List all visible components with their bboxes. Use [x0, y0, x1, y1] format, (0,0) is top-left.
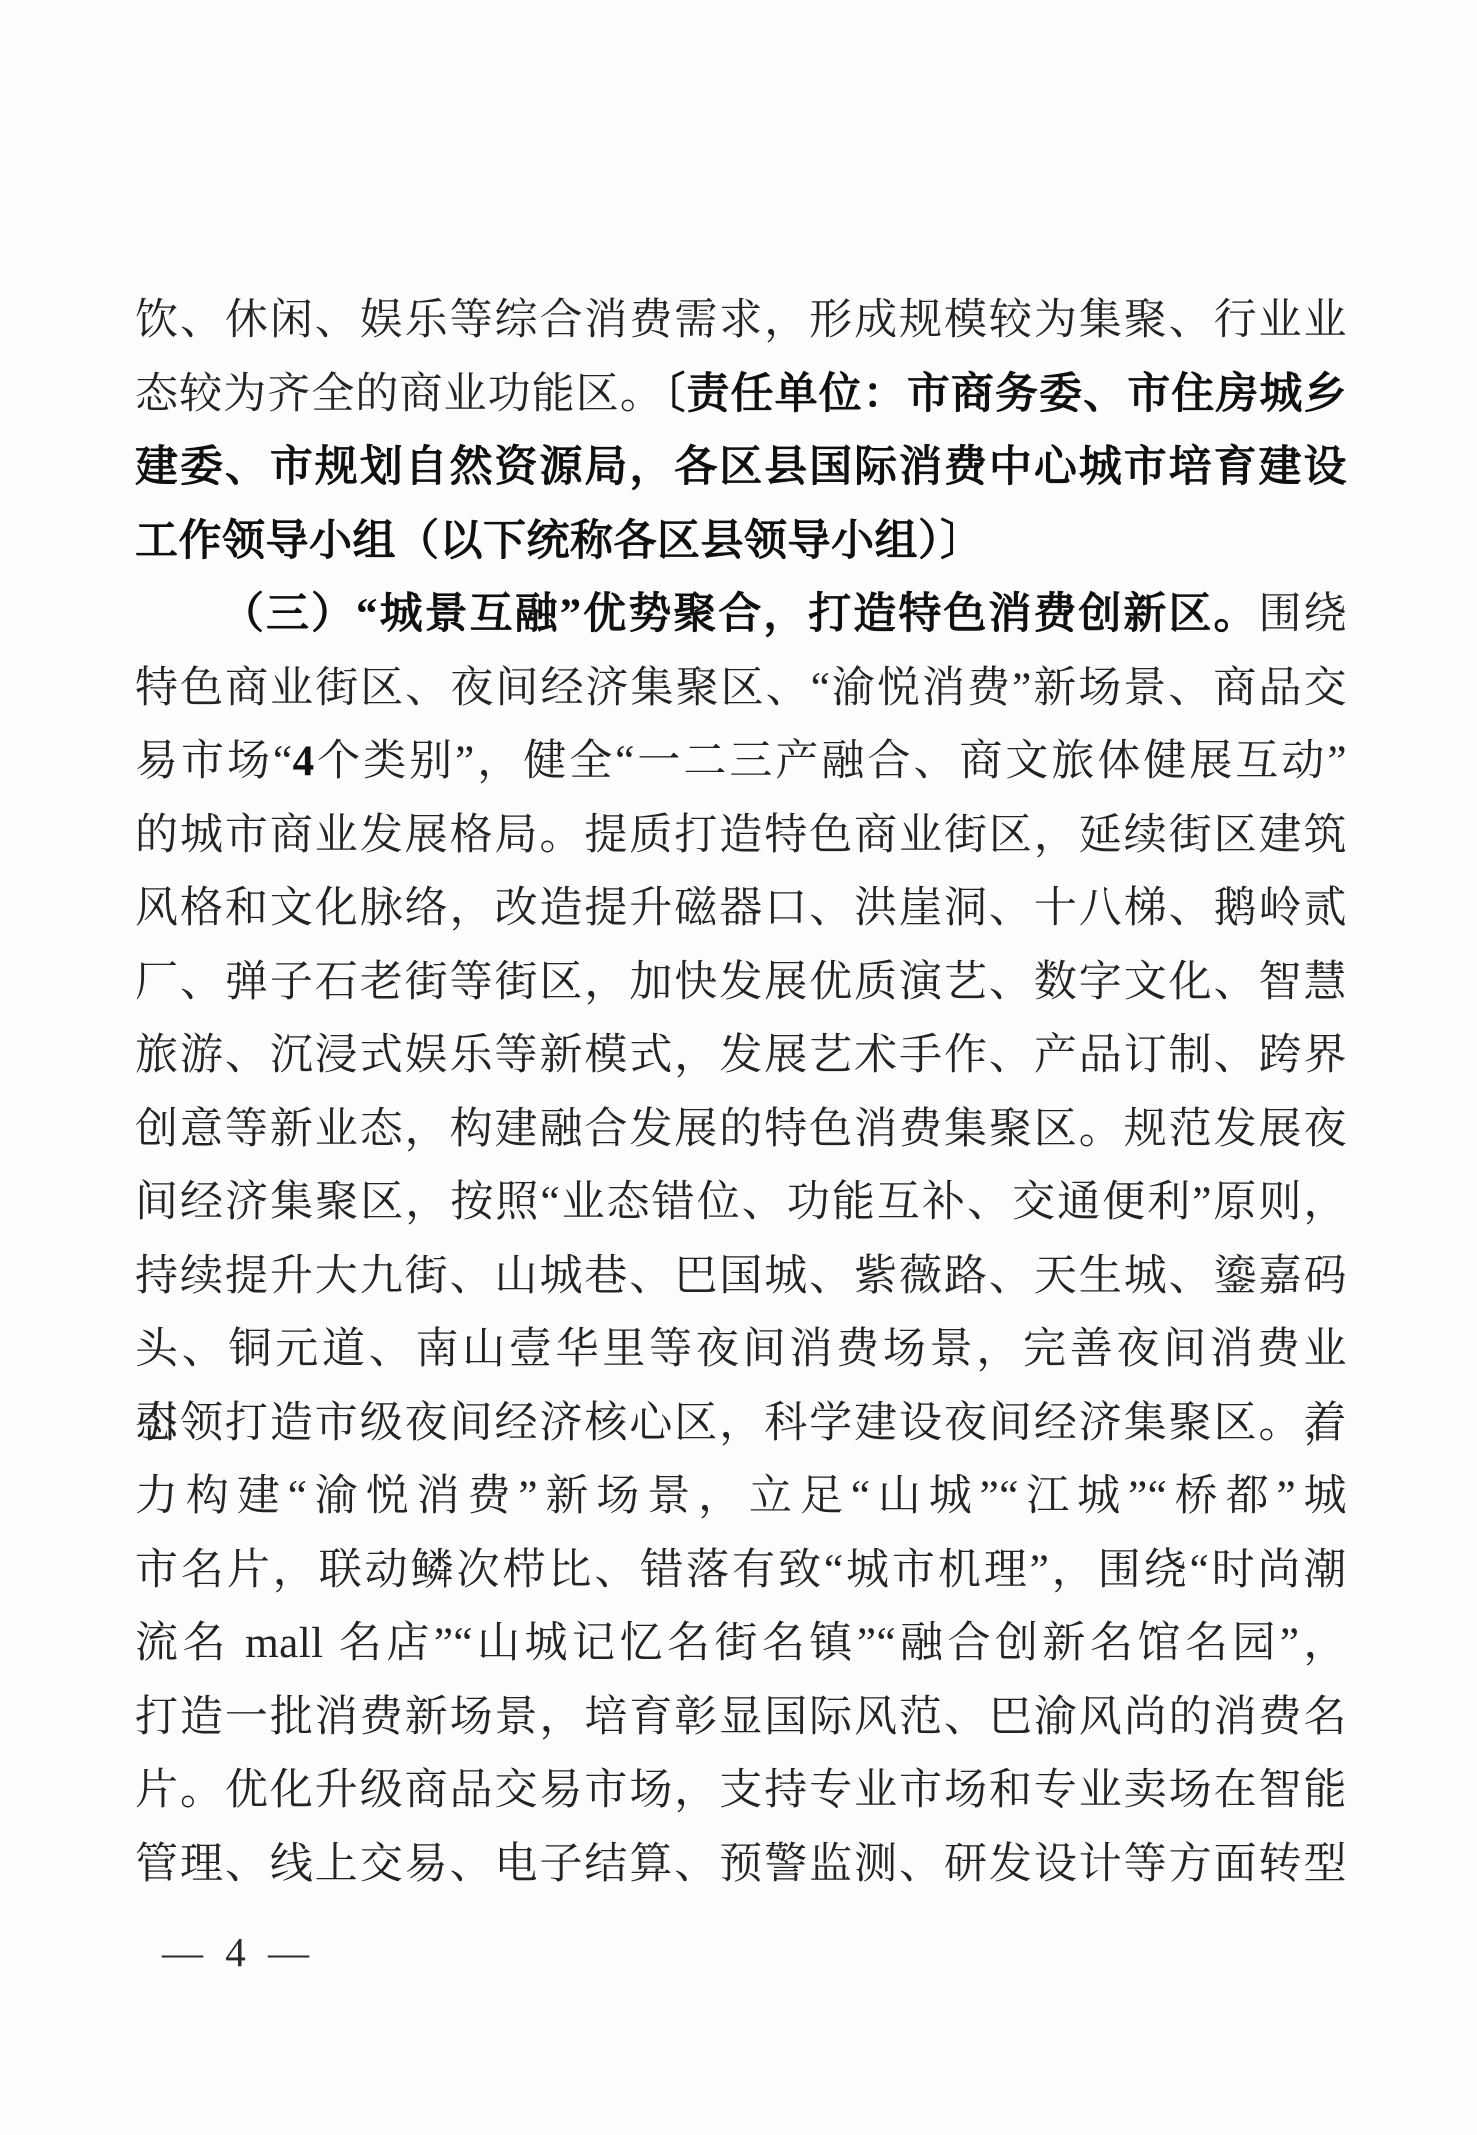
text-run: 流名 mall 名店”“山城记忆名街名镇”“融合创新名馆名园”， — [135, 1620, 1347, 1667]
text-run: 〔责任单位：市商务委、市住房城乡 — [664, 371, 1347, 418]
text-run: 风格和文化脉络，改造提升磁器口、洪崖洞、十八梯、鹅岭贰 — [135, 885, 1347, 932]
text-line: 间经济集聚区，按照“业态错位、功能互补、交通便利”原则， — [135, 1166, 1347, 1240]
text-line: 的城市商业发展格局。提质打造特色商业街区，延续街区建筑 — [135, 799, 1347, 873]
text-line: 力构建“渝悦消费”新场景，立足“山城”“江城”“桥都”城 — [135, 1460, 1347, 1534]
text-line: 市名片，联动鳞次栉比、错落有致“城市机理”，围绕“时尚潮 — [135, 1534, 1347, 1608]
document-page: 饮、休闲、娱乐等综合消费需求，形成规模较为集聚、行业业态较为齐全的商业功能区。〔… — [0, 0, 1477, 2135]
text-run: 创意等新业态，构建融合发展的特色消费集聚区。规范发展夜 — [135, 1106, 1347, 1153]
text-line: 旅游、沉浸式娱乐等新模式，发展艺术手作、产品订制、跨界 — [135, 1019, 1347, 1093]
text-line: 打造一批消费新场景，培育彰显国际风范、巴渝风尚的消费名 — [135, 1681, 1347, 1755]
text-run: 力构建“渝悦消费”新场景，立足“山城”“江城”“桥都”城 — [135, 1473, 1347, 1520]
text-line: 建委、市规划自然资源局，各区县国际消费中心城市培育建设 — [135, 431, 1347, 505]
document-body: 饮、休闲、娱乐等综合消费需求，形成规模较为集聚、行业业态较为齐全的商业功能区。〔… — [135, 284, 1347, 1901]
text-run: 态较为齐全的商业功能区。 — [135, 371, 664, 418]
text-line: 态较为齐全的商业功能区。〔责任单位：市商务委、市住房城乡 — [135, 358, 1347, 432]
text-run: 厂、弹子石老街等街区，加快发展优质演艺、数字文化、智慧 — [135, 959, 1347, 1006]
text-run: 个类别”，健全“一二三产融合、商文旅体健展互动” — [315, 738, 1347, 785]
text-line: 持续提升大九街、山城巷、巴国城、紫薇路、天生城、鎏嘉码 — [135, 1240, 1347, 1314]
text-run: 旅游、沉浸式娱乐等新模式，发展艺术手作、产品订制、跨界 — [135, 1032, 1347, 1079]
text-run: 易市场“ — [135, 738, 293, 785]
text-run: 市名片，联动鳞次栉比、错落有致“城市机理”，围绕“时尚潮 — [135, 1547, 1347, 1594]
text-run: 4 — [293, 738, 315, 785]
text-line: 管理、线上交易、电子结算、预警监测、研发设计等方面转型 — [135, 1828, 1347, 1902]
text-line: 片。优化升级商品交易市场，支持专业市场和专业卖场在智能 — [135, 1754, 1347, 1828]
text-line: 工作领导小组（以下统称各区县领导小组）〕 — [135, 505, 1347, 579]
text-run: 建委、市规划自然资源局，各区县国际消费中心城市培育建设 — [135, 444, 1347, 491]
text-run: （三）“城景互融”优势聚合，打造特色消费创新区。 — [135, 591, 1258, 638]
text-line: 流名 mall 名店”“山城记忆名街名镇”“融合创新名馆名园”， — [135, 1607, 1347, 1681]
text-run: 围绕 — [1258, 591, 1347, 638]
text-run: 引领打造市级夜间经济核心区，科学建设夜间经济集聚区。着 — [135, 1400, 1347, 1447]
text-line: 饮、休闲、娱乐等综合消费需求，形成规模较为集聚、行业业 — [135, 284, 1347, 358]
text-line: （三）“城景互融”优势聚合，打造特色消费创新区。围绕 — [135, 578, 1347, 652]
text-line: 头、铜元道、南山壹华里等夜间消费场景，完善夜间消费业态， — [135, 1313, 1347, 1387]
text-run: 工作领导小组（以下统称各区县领导小组）〕 — [135, 518, 984, 565]
text-line: 厂、弹子石老街等街区，加快发展优质演艺、数字文化、智慧 — [135, 946, 1347, 1020]
text-line: 引领打造市级夜间经济核心区，科学建设夜间经济集聚区。着 — [135, 1387, 1347, 1461]
text-run: 间经济集聚区，按照“业态错位、功能互补、交通便利”原则， — [135, 1179, 1347, 1226]
text-run: 饮、休闲、娱乐等综合消费需求，形成规模较为集聚、行业业 — [135, 297, 1347, 344]
text-run: 持续提升大九街、山城巷、巴国城、紫薇路、天生城、鎏嘉码 — [135, 1253, 1347, 1300]
text-run: 片。优化升级商品交易市场，支持专业市场和专业卖场在智能 — [135, 1767, 1347, 1814]
text-line: 风格和文化脉络，改造提升磁器口、洪崖洞、十八梯、鹅岭贰 — [135, 872, 1347, 946]
text-line: 特色商业街区、夜间经济集聚区、“渝悦消费”新场景、商品交 — [135, 652, 1347, 726]
text-run: 管理、线上交易、电子结算、预警监测、研发设计等方面转型 — [135, 1841, 1347, 1888]
text-line: 易市场“4个类别”，健全“一二三产融合、商文旅体健展互动” — [135, 725, 1347, 799]
text-line: 创意等新业态，构建融合发展的特色消费集聚区。规范发展夜 — [135, 1093, 1347, 1167]
text-run: 打造一批消费新场景，培育彰显国际风范、巴渝风尚的消费名 — [135, 1694, 1347, 1741]
text-run: 的城市商业发展格局。提质打造特色商业街区，延续街区建筑 — [135, 812, 1347, 859]
page-number: — 4 — — [162, 1922, 315, 1982]
text-run: 特色商业街区、夜间经济集聚区、“渝悦消费”新场景、商品交 — [135, 665, 1347, 712]
